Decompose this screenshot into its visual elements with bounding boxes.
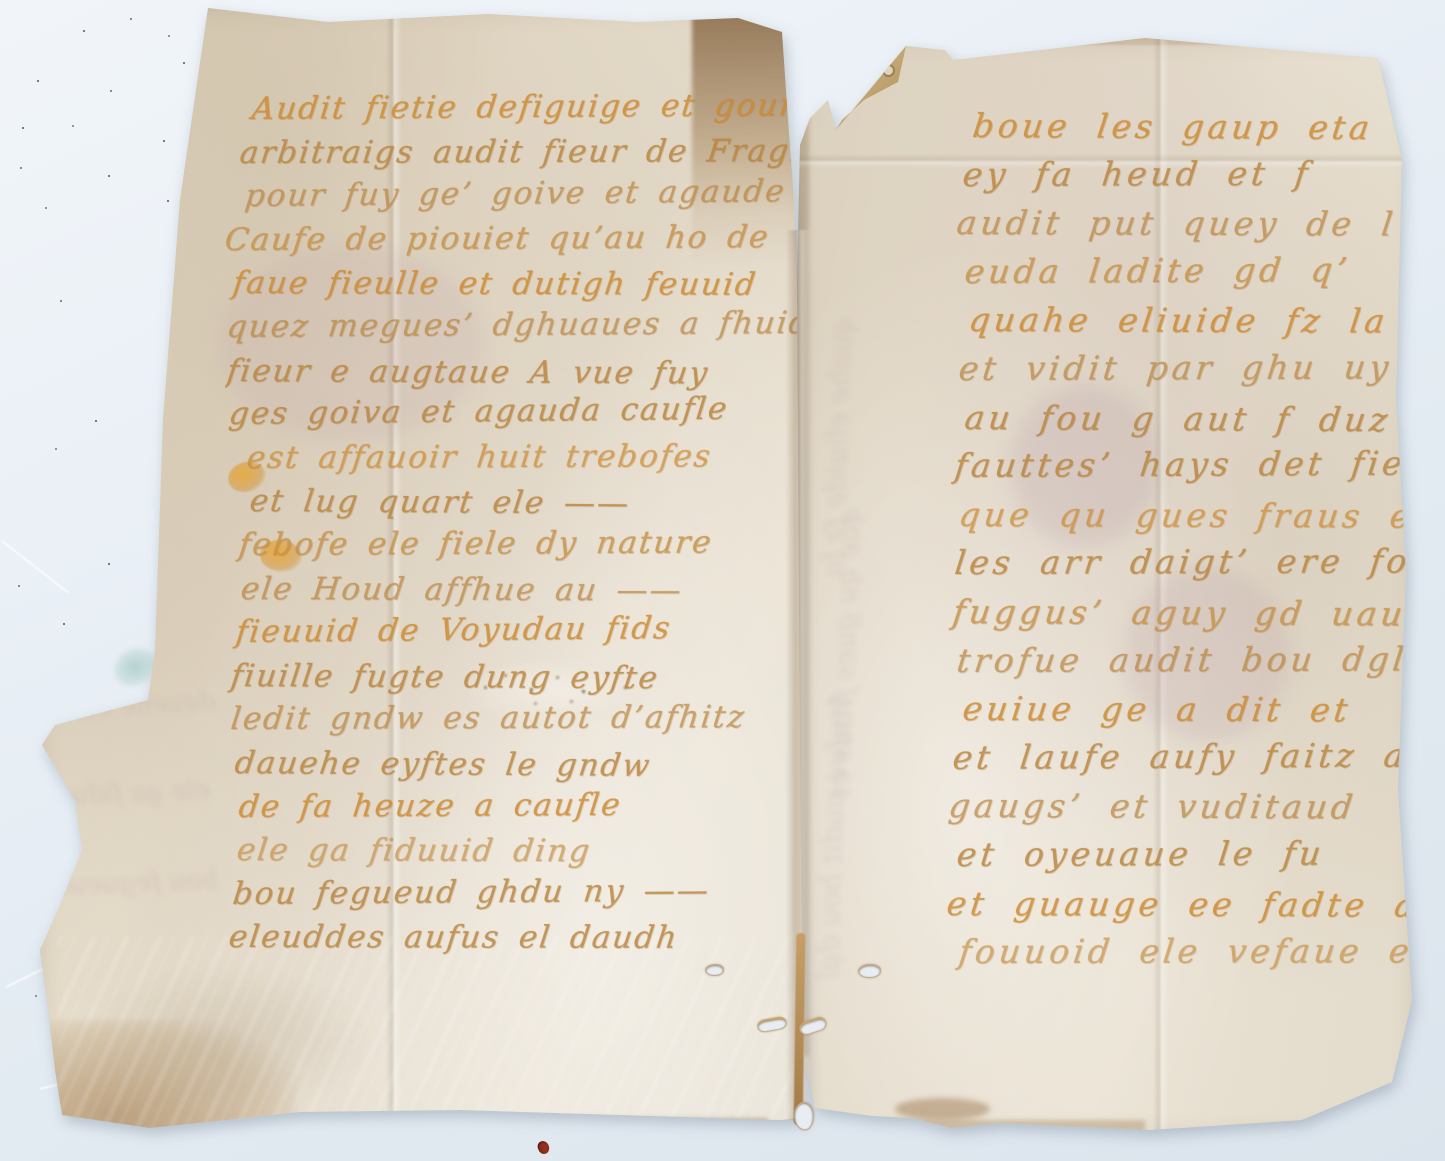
parchment-left-leaf-surface: dauehe eyftes le gndw ele ga fiduuid din… [38,6,810,1136]
manuscript-line: et vidit par ghu uy [956,343,1419,393]
manuscript-line: ges goiva et agauda caufle [227,387,817,437]
manuscript-line: euda ladite gd q’ [962,245,1419,296]
showthrough-ghost-text: ele ga fiduuid ding [50,775,211,811]
manuscript-line: et oyeuaue le fu [954,829,1419,879]
showthrough-ghost-text: dauehe eyftes le gndw [56,687,217,723]
top-edge-stain [795,36,1417,45]
bottom-edge-stain [815,1120,1145,1132]
right-page-text: boue les gaup eta ey fa heud et f audit … [945,102,1419,1014]
manuscript-line: gaugs’ et vuditaud [946,782,1419,832]
manuscript-line: quez megues’ dghuaues a fhuid aud [225,302,817,350]
parchment-right-leaf-surface: quahe eliuide fz la que qu gues fraus et… [795,36,1417,1138]
manuscript-line: dauehe eyftes le gndw [232,742,817,790]
manuscript-line: ey fa heud et f [960,149,1419,199]
parchment-left-leaf: dauehe eyftes le gndw ele ga fiduuid din… [38,6,810,1136]
manuscript-line: et laufe aufy faitz ay [950,731,1419,782]
manuscript-line: au fou g aut f duz [962,394,1419,445]
worm-hole [705,964,724,976]
manuscript-line: et guauge ee fadte a [945,880,1419,930]
bottom-edge-stain [895,1098,990,1120]
manuscript-line: de fa heuze a caufle [236,782,817,829]
manuscript-line: ledit gndw es autot d’afhitz [228,696,817,742]
left-page-text: Audit fietie defiguige et gounta arbitra… [225,88,817,988]
manuscript-line: les arr daigt’ ere fo [952,538,1419,588]
bottom-edge-stain [298,1118,768,1128]
manuscript-line: arbitraigs audit fieur de Fraght’ [237,130,817,176]
manuscript-line: quahe eliuide fz la [966,296,1419,346]
manuscript-line: est affauoir huit trebofes [244,435,817,481]
manuscript-line: fiuille fugte dung eyfte [228,655,817,702]
manuscript-line: que qu gues fraus et [956,491,1419,541]
manuscript-line: Caufe de piouiet qu’au ho de [225,216,817,263]
manuscript-line: fauttes’ hays det fie [952,440,1419,491]
manuscript-line: febofe ele fiele dy nature [236,521,817,568]
manuscript-line: fouuoid ele vefaue e [956,927,1419,976]
manuscript-line: ele ga fiduuid ding [234,829,817,875]
wrinkle-shading [78,966,378,1116]
manuscript-line: euiue ge a dit et [960,685,1419,735]
photo-backdrop: quahe eliuide fz la que qu gues fraus et… [0,0,1445,1161]
manuscript-line: audit put quey de l [954,199,1419,249]
manuscript-line: bou fegueud ghdu ny —— [230,869,817,917]
manuscript-line: faue fieulle et dutigh feuuid [230,262,817,308]
red-wax-speck [536,1140,550,1156]
manuscript-line: eleuddes aufus el daudh [226,916,817,961]
manuscript-line: fieuuid de Voyudau fids [234,606,817,655]
manuscript-line: pour fuy ge’ goive et agaude [243,170,817,219]
showthrough-ghost-text: trofue audit bou dgl [811,696,854,981]
showthrough-ghost-text: bou fegueud ghdu ny —— [58,865,219,901]
manuscript-line: trofue audit bou dgl [954,635,1419,685]
worm-hole [858,964,881,978]
bottom-corner-stain [40,1020,295,1138]
dust-specks [0,0,2,2]
manuscript-line: Audit fietie defiguige et gounta [249,88,817,132]
manuscript-line: fuggus’ aguy gd uaue [950,588,1419,639]
parchment-right-leaf: quahe eliuide fz la que qu gues fraus et… [795,36,1417,1138]
manuscript-line: boue les gaup eta [970,102,1419,153]
